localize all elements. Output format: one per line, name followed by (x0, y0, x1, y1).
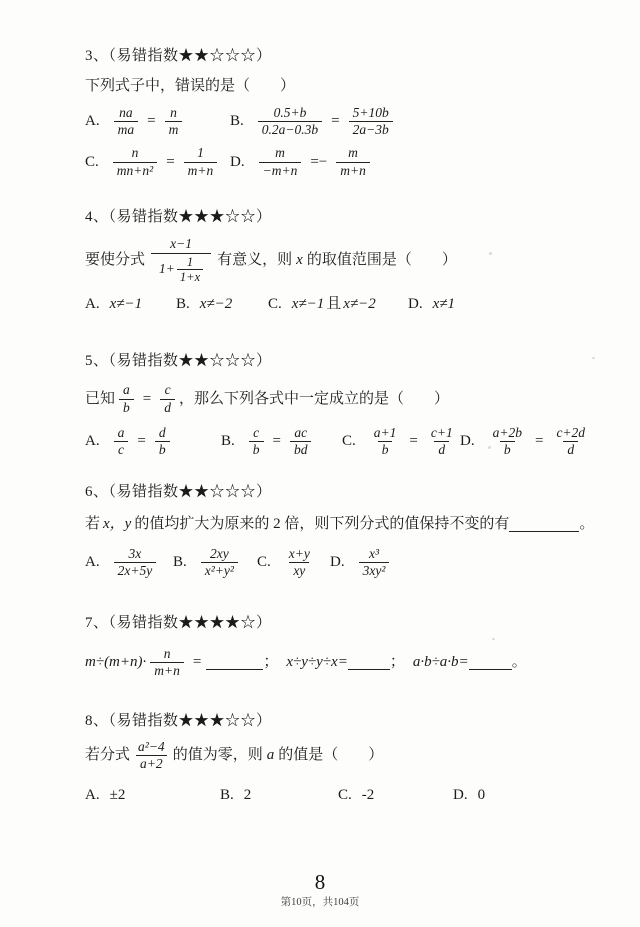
scan-speck (186, 88, 189, 90)
fraction: db (155, 425, 170, 458)
option-6b: B. 2xyx²+y² (173, 546, 257, 579)
inner-fraction: 11+x (177, 255, 203, 285)
option-label: C. (342, 431, 356, 452)
equals-minus-sign: =− (310, 152, 327, 173)
prompt-text: 已知 (85, 389, 115, 410)
option-label: C. (268, 294, 282, 315)
question-6-prompt: 若 x，y 的值均扩大为原来的 2 倍，则下列分式的值保持不变的有 。 (85, 514, 596, 535)
nested-fraction: x−1 1+ 11+x (151, 236, 211, 285)
answer-blank (469, 655, 512, 670)
question-5: 5、（易错指数★★☆☆☆） 已知 ab = cd ，那么下列各式中一定成立的是（… (85, 351, 596, 458)
prompt-text: 若分式 (85, 745, 130, 766)
chapter-page-number: 8 (0, 871, 640, 894)
question-3: 3、（易错指数★★☆☆☆） 下列式子中，错误的是（ ） A. nama = nm… (85, 46, 596, 179)
worksheet-content: 3、（易错指数★★☆☆☆） 下列式子中，错误的是（ ） A. nama = nm… (0, 0, 640, 806)
fraction: ac (114, 425, 129, 458)
option-8a: A. ±2 (85, 785, 220, 806)
question-4-header: 4、（易错指数★★★☆☆） (85, 207, 596, 228)
separator: ； (390, 652, 405, 673)
option-label: D. (330, 552, 345, 573)
answer-blank (206, 655, 263, 670)
question-4-prompt: 要使分式 x−1 1+ 11+x 有意义，则 x 的取值范围是（ ） (85, 236, 596, 285)
fraction: 0.5+b0.2a−0.3b (258, 105, 322, 138)
fraction: acbd (290, 425, 312, 458)
prompt-text: 的值是（ ） (278, 745, 383, 766)
fraction: a²−4a+2 (134, 739, 169, 772)
question-8: 8、（易错指数★★★☆☆） 若分式 a²−4a+2 的值为零，则 a 的值是（ … (85, 711, 596, 806)
page-footer: 8 第10页，共104页 (0, 871, 640, 911)
variable-x: x (296, 250, 303, 271)
fraction: mm+n (336, 145, 370, 178)
option-label: B. (221, 431, 235, 452)
expression-3: a·b÷a·b= (413, 652, 469, 673)
worksheet-page: 3、（易错指数★★☆☆☆） 下列式子中，错误的是（ ） A. nama = nm… (0, 0, 640, 927)
option-label: A. (85, 431, 100, 452)
equals-sign: = (147, 111, 155, 132)
fraction: 3x2x+5y (114, 546, 157, 579)
fraction: a+1b (370, 425, 401, 458)
option-label: D. (408, 294, 423, 315)
option-5d: D. a+2bb = c+2dd (460, 425, 593, 458)
option-4b: B. x≠−2 (176, 294, 268, 315)
option-label: A. (85, 294, 100, 315)
question-8-prompt: 若分式 a²−4a+2 的值为零，则 a 的值是（ ） (85, 739, 596, 772)
option-5b: B. cb = acbd (221, 425, 342, 458)
scan-speck (489, 252, 492, 255)
fraction: 5+10b2a−3b (349, 105, 393, 138)
question-7-header: 7、（易错指数★★★★☆） (85, 613, 596, 634)
equals-sign: = (409, 431, 417, 452)
option-3c: C. nmn+n² = 1m+n (85, 145, 230, 178)
question-5-prompt: 已知 ab = cd ，那么下列各式中一定成立的是（ ） (85, 382, 596, 415)
option-label: C. (85, 152, 99, 173)
prompt-text: 。 (579, 514, 594, 535)
fraction: 1m+n (184, 145, 218, 178)
question-3-options-row-1: A. nama = nm B. 0.5+b0.2a−0.3b = 5+10b2a… (85, 105, 596, 138)
fraction: nama (114, 105, 139, 138)
equals-sign: = (137, 431, 145, 452)
prompt-text: 的取值范围是（ ） (307, 250, 457, 271)
fraction: a+2bb (489, 425, 526, 458)
option-label: B. (176, 294, 190, 315)
equals-sign: = (331, 111, 339, 132)
option-4a: A. x≠−1 (85, 294, 176, 315)
option-4d: D. x≠1 (408, 294, 455, 315)
prompt-text: 的值为零，则 (173, 745, 263, 766)
expression-1: m÷(m+n)· (85, 652, 146, 673)
option-6d: D. x³3xy² (330, 546, 393, 579)
option-label: D. (453, 785, 468, 806)
prompt-text: 的值均扩大为原来的 2 倍，则下列分式的值保持不变的有 (134, 514, 509, 535)
fraction: c+1d (427, 425, 457, 458)
equals-sign: = (273, 431, 281, 452)
answer-blank (348, 655, 390, 670)
option-6a: A. 3x2x+5y (85, 546, 173, 579)
question-3-options-row-2: C. nmn+n² = 1m+n D. m−m+n =− mm+n (85, 145, 596, 178)
scan-speck (492, 638, 495, 640)
fraction: 2xyx²+y² (201, 546, 238, 579)
scan-speck (488, 446, 491, 449)
fraction: cb (249, 425, 264, 458)
question-6-header: 6、（易错指数★★☆☆☆） (85, 482, 596, 503)
variable-a: a (267, 745, 275, 766)
option-label: A. (85, 111, 100, 132)
fraction: nm (165, 105, 183, 138)
option-label: D. (460, 431, 475, 452)
option-3a: A. nama = nm (85, 105, 230, 138)
option-label: D. (230, 152, 245, 173)
option-3b: B. 0.5+b0.2a−0.3b = 5+10b2a−3b (230, 105, 397, 138)
option-8b: B. 2 (220, 785, 338, 806)
option-label: A. (85, 785, 100, 806)
separator: ； (263, 652, 278, 673)
option-8c: C. -2 (338, 785, 453, 806)
equals-sign: = (143, 389, 151, 410)
fraction: m−m+n (259, 145, 302, 178)
question-3-prompt: 下列式子中，错误的是（ ） (85, 76, 596, 97)
option-5c: C. a+1b = c+1d (342, 425, 460, 458)
option-label: B. (230, 111, 244, 132)
prompt-text: ，那么下列各式中一定成立的是（ ） (179, 389, 449, 410)
option-label: C. (257, 552, 271, 573)
equals-sign: = (166, 152, 174, 173)
fraction: x³3xy² (359, 546, 390, 579)
prompt-text: 若 (85, 514, 100, 535)
prompt-text: 有意义，则 (217, 250, 292, 271)
question-6: 6、（易错指数★★☆☆☆） 若 x，y 的值均扩大为原来的 2 倍，则下列分式的… (85, 482, 596, 579)
question-6-options: A. 3x2x+5y B. 2xyx²+y² C. x+yxy D. x³3xy… (85, 546, 596, 579)
question-4-options: A. x≠−1 B. x≠−2 C. x≠−1 且 x≠−2 D. x≠1 (85, 294, 596, 315)
fraction: cd (160, 382, 175, 415)
fraction: ab (119, 382, 134, 415)
prompt-text: 要使分式 (85, 250, 145, 271)
option-8d: D. 0 (453, 785, 485, 806)
question-4: 4、（易错指数★★★☆☆） 要使分式 x−1 1+ 11+x 有意义，则 x 的… (85, 207, 596, 316)
question-5-options: A. ac = db B. cb = acbd C. a+1b = c+1d (85, 425, 596, 458)
equals-sign: = (193, 652, 201, 673)
period: 。 (512, 652, 527, 673)
question-7: 7、（易错指数★★★★☆） m÷(m+n)· nm+n = ； x÷y÷y÷x=… (85, 613, 596, 679)
question-7-expressions: m÷(m+n)· nm+n = ； x÷y÷y÷x= ； a·b÷a·b= 。 (85, 646, 596, 679)
fraction: nmn+n² (113, 145, 157, 178)
question-5-header: 5、（易错指数★★☆☆☆） (85, 351, 596, 372)
fraction: c+2dd (552, 425, 589, 458)
variables-xy: x，y (103, 514, 131, 535)
answer-blank (509, 517, 579, 532)
fraction: nm+n (150, 646, 184, 679)
question-8-header: 8、（易错指数★★★☆☆） (85, 711, 596, 732)
question-8-options: A. ±2 B. 2 C. -2 D. 0 (85, 785, 596, 806)
page-info: 第10页，共104页 (0, 896, 640, 911)
option-6c: C. x+yxy (257, 546, 330, 579)
fraction: x+yxy (285, 546, 314, 579)
question-3-header: 3、（易错指数★★☆☆☆） (85, 46, 596, 67)
option-5a: A. ac = db (85, 425, 221, 458)
option-4c: C. x≠−1 且 x≠−2 (268, 294, 408, 315)
option-label: B. (220, 785, 234, 806)
option-label: B. (173, 552, 187, 573)
scan-speck (592, 357, 595, 359)
option-label: A. (85, 552, 100, 573)
option-3d: D. m−m+n =− mm+n (230, 145, 374, 178)
expression-2: x÷y÷y÷x= (286, 652, 347, 673)
equals-sign: = (535, 431, 543, 452)
option-label: C. (338, 785, 352, 806)
